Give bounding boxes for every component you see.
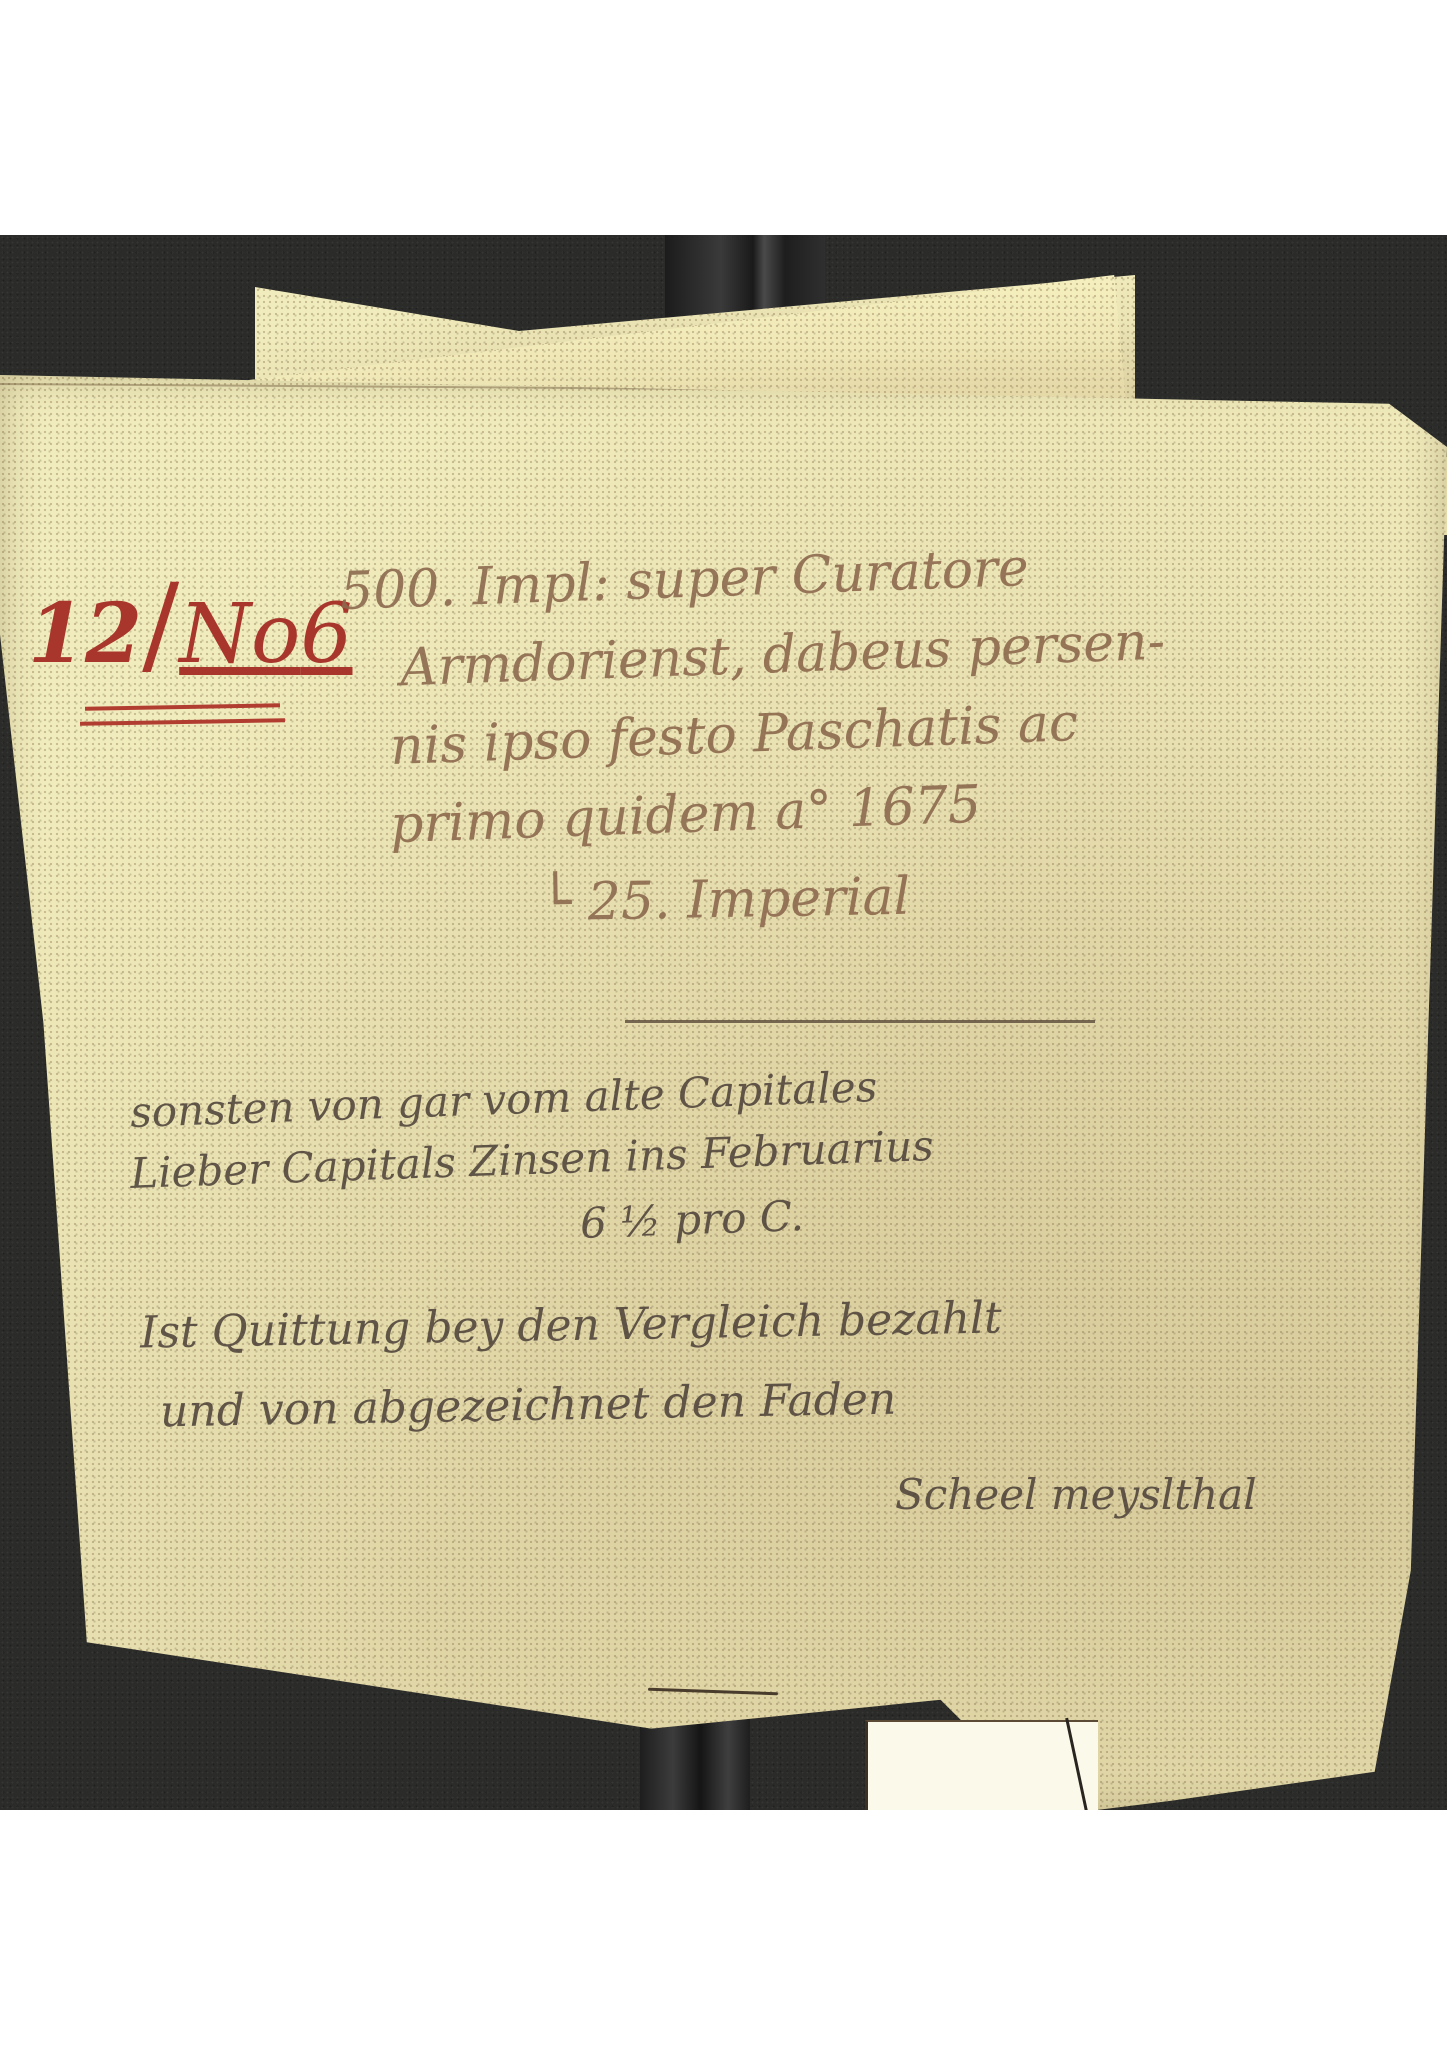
- latin-note-line-4: primo quidem a° 1675: [389, 775, 982, 856]
- paper-repair-patch: [865, 1720, 1098, 1810]
- german-note-line-5: und von abgezeichnet den Faden: [160, 1374, 897, 1438]
- latin-note-line-1: 500. Impl: super Curatore: [339, 538, 1029, 622]
- german-note-line-4: Ist Quittung bey den Vergleich bezahlt: [140, 1292, 1002, 1358]
- latin-note-line-3: nis ipso festo Paschatis ac: [389, 693, 1079, 777]
- german-note-line-1: sonsten von gar vom alte Capitales: [129, 1062, 878, 1137]
- separator-rule: [625, 1020, 1095, 1023]
- shelfmark-separator: /: [142, 560, 179, 688]
- shelfmark-label: No: [179, 587, 300, 682]
- scan-background: 12/No6 500. Impl: super Curatore Armdori…: [0, 235, 1447, 1810]
- document-packet: 12/No6 500. Impl: super Curatore Armdori…: [0, 375, 1447, 1810]
- signature: Scheel meyslthal: [895, 1470, 1257, 1519]
- latin-note-sum: └ 25. Imperial: [540, 867, 911, 933]
- latin-note-line-2: Armdorienst, dabeus persen-: [399, 612, 1166, 699]
- german-note-line-3: 6 ½ pro C.: [579, 1191, 804, 1248]
- shelfmark: 12/No6: [28, 560, 352, 688]
- shelfmark-number: 12: [28, 586, 142, 682]
- shelfmark-underline-2: [80, 718, 285, 726]
- shelfmark-underline-1: [85, 703, 280, 710]
